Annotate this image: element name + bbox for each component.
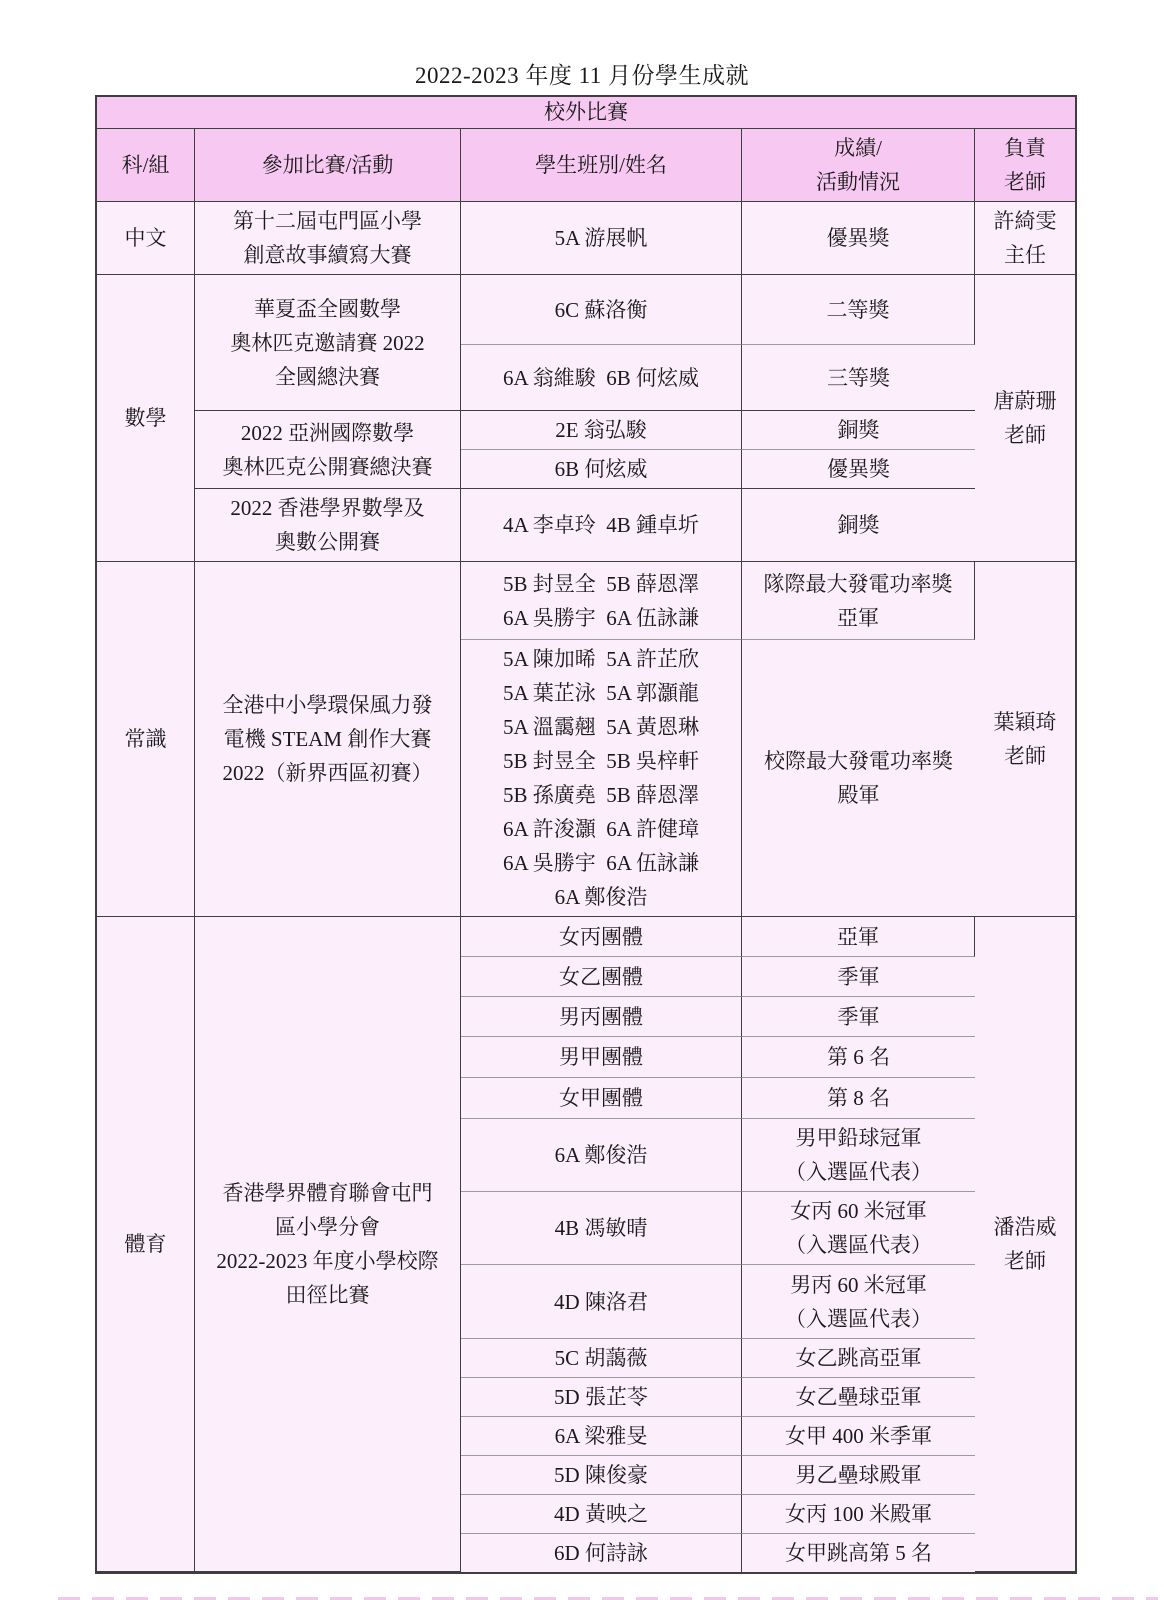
students-cell: 5C 胡藹薇 bbox=[461, 1339, 742, 1378]
result-cell: 女甲 400 米季軍 bbox=[742, 1417, 975, 1456]
table-banner: 校外比賽 bbox=[97, 97, 1075, 129]
subject-cell: 體育 bbox=[97, 917, 195, 1572]
column-header-activity: 參加比賽/活動 bbox=[195, 129, 461, 202]
students-cell: 2E 翁弘駿 bbox=[461, 411, 742, 450]
result-cell: 男乙壘球殿軍 bbox=[742, 1456, 975, 1495]
students-cell: 4D 黃映之 bbox=[461, 1495, 742, 1534]
students-cell: 6A 梁雅旻 bbox=[461, 1417, 742, 1456]
result-cell: 銅獎 bbox=[742, 411, 975, 450]
students-cell: 6C 蘇洛衡 bbox=[461, 275, 742, 345]
students-cell: 女甲團體 bbox=[461, 1078, 742, 1119]
teacher-cell: 唐蔚珊 老師 bbox=[975, 275, 1075, 562]
subject-cell: 常識 bbox=[97, 562, 195, 917]
result-cell: 校際最大發電功率獎 殿軍 bbox=[742, 640, 975, 917]
result-cell: 女甲跳高第 5 名 bbox=[742, 1534, 975, 1572]
result-cell: 男丙 60 米冠軍 （入選區代表） bbox=[742, 1265, 975, 1339]
subject-cell: 中文 bbox=[97, 202, 195, 275]
students-cell: 5D 陳俊豪 bbox=[461, 1456, 742, 1495]
result-cell: 季軍 bbox=[742, 957, 975, 997]
result-cell: 第 8 名 bbox=[742, 1078, 975, 1119]
students-cell: 5B 封昱全 5B 薛恩澤 6A 吳勝宇 6A 伍詠謙 bbox=[461, 562, 742, 640]
activity-cell: 華夏盃全國數學 奧林匹克邀請賽 2022 全國總決賽 bbox=[195, 275, 461, 411]
students-cell: 6B 何炫威 bbox=[461, 450, 742, 489]
result-cell: 二等獎 bbox=[742, 275, 975, 345]
result-cell: 隊際最大發電功率獎 亞軍 bbox=[742, 562, 975, 640]
activity-cell: 2022 亞洲國際數學 奧林匹克公開賽總決賽 bbox=[195, 411, 461, 489]
column-header-students: 學生班別/姓名 bbox=[461, 129, 742, 202]
students-cell: 5A 游展帆 bbox=[461, 202, 742, 275]
students-cell: 男甲團體 bbox=[461, 1037, 742, 1078]
column-header-teacher: 負責 老師 bbox=[975, 129, 1075, 202]
students-cell: 4D 陳洛君 bbox=[461, 1265, 742, 1339]
subject-cell: 數學 bbox=[97, 275, 195, 562]
activity-cell: 2022 香港學界數學及 奧數公開賽 bbox=[195, 489, 461, 562]
students-cell: 6D 何詩詠 bbox=[461, 1534, 742, 1572]
result-cell: 三等獎 bbox=[742, 345, 975, 411]
teacher-cell: 潘浩威 老師 bbox=[975, 917, 1075, 1572]
students-cell: 6A 翁維駿 6B 何炫威 bbox=[461, 345, 742, 411]
students-cell: 4A 李卓玲 4B 鍾卓圻 bbox=[461, 489, 742, 562]
column-header-subject: 科/組 bbox=[97, 129, 195, 202]
result-cell: 第 6 名 bbox=[742, 1037, 975, 1078]
result-cell: 女丙 60 米冠軍 （入選區代表） bbox=[742, 1192, 975, 1265]
result-cell: 季軍 bbox=[742, 997, 975, 1037]
page-title: 2022-2023 年度 11 月份學生成就 bbox=[0, 57, 1164, 90]
result-cell: 銅獎 bbox=[742, 489, 975, 562]
students-cell: 女丙團體 bbox=[461, 917, 742, 957]
teacher-cell: 許綺雯 主任 bbox=[975, 202, 1075, 275]
result-cell: 男甲鉛球冠軍 （入選區代表） bbox=[742, 1119, 975, 1192]
result-cell: 女乙跳高亞軍 bbox=[742, 1339, 975, 1378]
students-cell: 男丙團體 bbox=[461, 997, 742, 1037]
students-cell: 5A 陳加晞 5A 許芷欣 5A 葉芷泳 5A 郭灝龍 5A 溫靄翹 5A 黃恩… bbox=[461, 640, 742, 917]
result-cell: 優異獎 bbox=[742, 450, 975, 489]
achievements-table: 校外比賽 科/組 參加比賽/活動 學生班別/姓名 成績/ 活動情況 負責 老師 … bbox=[95, 95, 1077, 1574]
students-cell: 女乙團體 bbox=[461, 957, 742, 997]
students-cell: 4B 馮敏晴 bbox=[461, 1192, 742, 1265]
students-cell: 5D 張芷苓 bbox=[461, 1378, 742, 1417]
document-page: 2022-2023 年度 11 月份學生成就 校外比賽 科/組 參加比賽/活動 … bbox=[0, 0, 1164, 1600]
column-header-result: 成績/ 活動情況 bbox=[742, 129, 975, 202]
activity-cell: 全港中小學環保風力發 電機 STEAM 創作大賽 2022（新界西區初賽） bbox=[195, 562, 461, 917]
result-cell: 女乙壘球亞軍 bbox=[742, 1378, 975, 1417]
result-cell: 優異獎 bbox=[742, 202, 975, 275]
teacher-cell: 葉穎琦 老師 bbox=[975, 562, 1075, 917]
result-cell: 女丙 100 米殿軍 bbox=[742, 1495, 975, 1534]
students-cell: 6A 鄭俊浩 bbox=[461, 1119, 742, 1192]
result-cell: 亞軍 bbox=[742, 917, 975, 957]
activity-cell: 香港學界體育聯會屯門 區小學分會 2022-2023 年度小學校際 田徑比賽 bbox=[195, 917, 461, 1572]
activity-cell: 第十二屆屯門區小學 創意故事續寫大賽 bbox=[195, 202, 461, 275]
